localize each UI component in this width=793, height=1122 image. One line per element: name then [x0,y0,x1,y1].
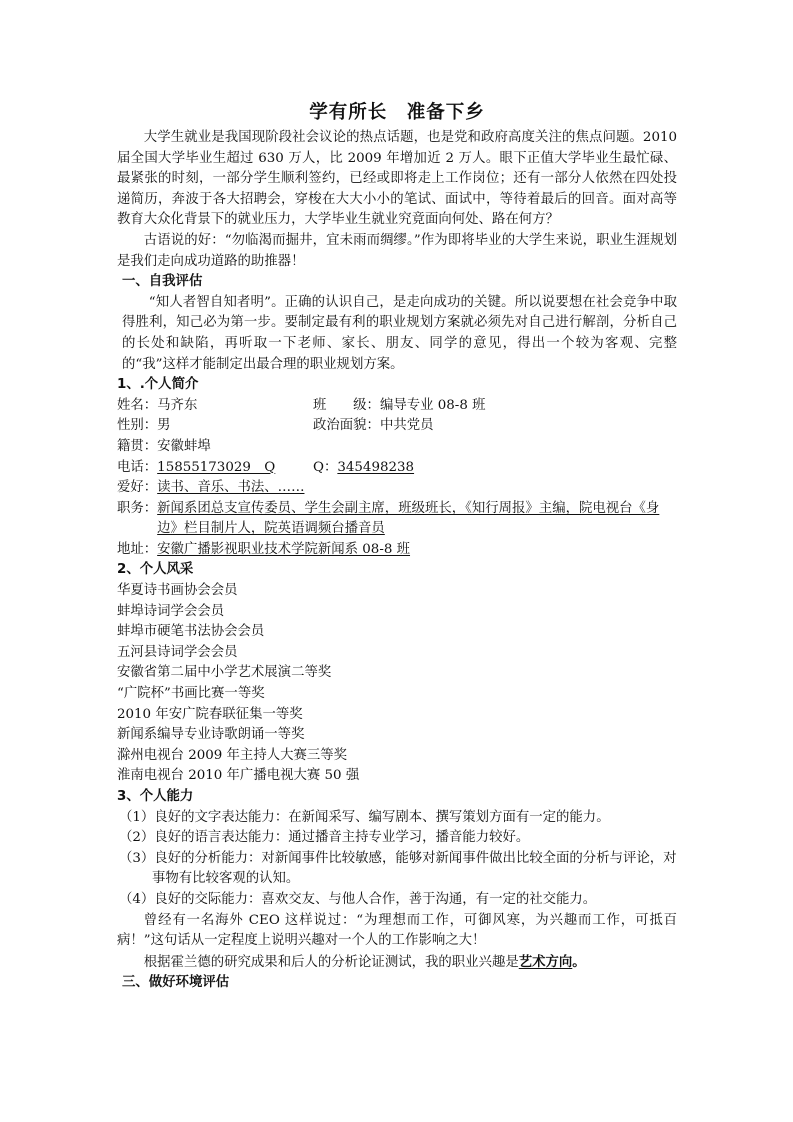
honor-item: 滁州电视台 2009 年主持人大赛三等奖 [117,746,677,767]
duty-value: 新闻系团总支宣传委员、学生会副主席，班级班长，《知行周报》主编，院电视台《身边》… [157,501,659,537]
address-value: 安徽广播影视职业技术学院新闻系 08-8 班 [157,542,410,557]
honor-item: 安徽省第二届中小学艺术展演二等奖 [117,663,677,684]
political-value: 中共党员 [380,418,434,433]
honors-list: 华夏诗书画协会会员 蚌埠诗词学会会员 蚌埠市硬笔书法协会会员 五河县诗词学会会员… [117,581,677,787]
hobby-value: 读书、音乐、书法、…… [157,480,304,495]
interest-value: 艺术方向 [519,955,573,970]
honor-item: 淮南电视台 2010 年广播电视大赛 50 强 [117,766,677,787]
duty-label: 职务： [117,499,157,540]
profile-row-duty: 职务： 新闻系团总支宣传委员、学生会副主席，班级班长，《知行周报》主编，院电视台… [117,499,677,540]
profile-row-phone-qq: 电话：15855173029 Q Q：345498238 [117,458,677,479]
interest-suffix: 。 [572,954,585,970]
ability-item: （1）良好的文字表达能力：在新闻采写、编写剧本、撰写策划方面有一定的能力。 [117,808,677,829]
profile-gender: 性别：男 [117,416,313,437]
intro-paragraph-1: 大学生就业是我国现阶段社会议论的热点话题，也是党和政府高度关注的焦点问题。201… [117,128,677,231]
document-title: 学有所长 准备下乡 [117,100,677,126]
ceo-quote-paragraph: 曾经有一名海外 CEO 这样说过：“为理想而工作，可御风寒，为兴趣而工作，可抵百… [117,911,677,952]
profile-row-address: 地址： 安徽广播影视职业技术学院新闻系 08-8 班 [117,540,677,561]
name-label: 姓名： [117,398,157,413]
honor-item: 2010 年安广院春联征集一等奖 [117,705,677,726]
profile-qq: Q：345498238 [313,458,414,479]
intro-paragraph-2: 古语说的好：“勿临渴而掘井，宜未雨而绸缪。”作为即将毕业的大学生来说，职业生涯规… [117,231,677,272]
origin-value: 安徽蚌埠 [157,437,211,458]
gender-label: 性别： [117,418,157,433]
profile-row-hobby: 爱好： 读书、音乐、书法、…… [117,478,677,499]
subheading-profile: 1、.个人简介 [117,375,677,396]
profile-class: 班 级：编导专业 08-8 班 [313,396,486,417]
ability-item: （3）良好的分析能力：对新闻事件比较敏感，能够对新闻事件做出比较全面的分析与评论… [117,849,677,890]
name-value: 马齐东 [157,398,197,413]
gender-value: 男 [157,418,170,433]
phone-label: 电话： [117,460,157,475]
honor-item: 华夏诗书画协会会员 [117,581,677,602]
honor-item: “广院杯”书画比赛一等奖 [117,684,677,705]
interest-prefix: 根据霍兰德的研究成果和后人的分析论证测试，我的职业兴趣是 [144,955,519,970]
subheading-ability: 3、个人能力 [117,787,677,808]
origin-label: 籍贯： [117,437,157,458]
qq-label: Q： [313,460,337,475]
self-assessment-paragraph: “知人者智自知者明”。正确的认识自己，是走向成功的关键。所以说要想在社会竞争中取… [122,293,677,375]
section-heading-environment: 三、做好环境评估 [122,973,677,994]
qq-value: 345498238 [337,460,414,475]
profile-row-origin: 籍贯：安徽蚌埠 [117,437,677,458]
document-page: 学有所长 准备下乡 大学生就业是我国现阶段社会议论的热点话题，也是党和政府高度关… [117,100,677,994]
subheading-personal-style: 2、个人风采 [117,560,677,581]
profile-political: 政治面貌：中共党员 [313,416,434,437]
profile-name: 姓名：马齐东 [117,396,313,417]
political-label: 政治面貌： [313,418,380,433]
honor-item: 五河县诗词学会会员 [117,643,677,664]
profile-row-name-class: 姓名：马齐东 班 级：编导专业 08-8 班 [117,396,677,417]
honor-item: 新闻系编导专业诗歌朗诵一等奖 [117,725,677,746]
interest-paragraph: 根据霍兰德的研究成果和后人的分析论证测试，我的职业兴趣是艺术方向。 [117,952,677,974]
section-heading-self-assessment: 一、自我评估 [122,272,677,293]
address-label: 地址： [117,540,157,561]
ability-item: （4）良好的交际能力：喜欢交友、与他人合作，善于沟通，有一定的社交能力。 [117,890,677,911]
phone-value: 15855173029 Q [157,460,275,475]
ability-item: （2）良好的语言表达能力：通过播音主持专业学习，播音能力较好。 [117,828,677,849]
ability-list: （1）良好的文字表达能力：在新闻采写、编写剧本、撰写策划方面有一定的能力。 （2… [117,808,677,911]
honor-item: 蚌埠市硬笔书法协会会员 [117,622,677,643]
profile-row-gender-political: 性别：男 政治面貌：中共党员 [117,416,677,437]
profile-phone: 电话：15855173029 Q [117,458,313,479]
honor-item: 蚌埠诗词学会会员 [117,602,677,623]
class-label: 班 级： [313,398,380,413]
class-value: 编导专业 08-8 班 [380,398,486,413]
hobby-label: 爱好： [117,478,157,499]
